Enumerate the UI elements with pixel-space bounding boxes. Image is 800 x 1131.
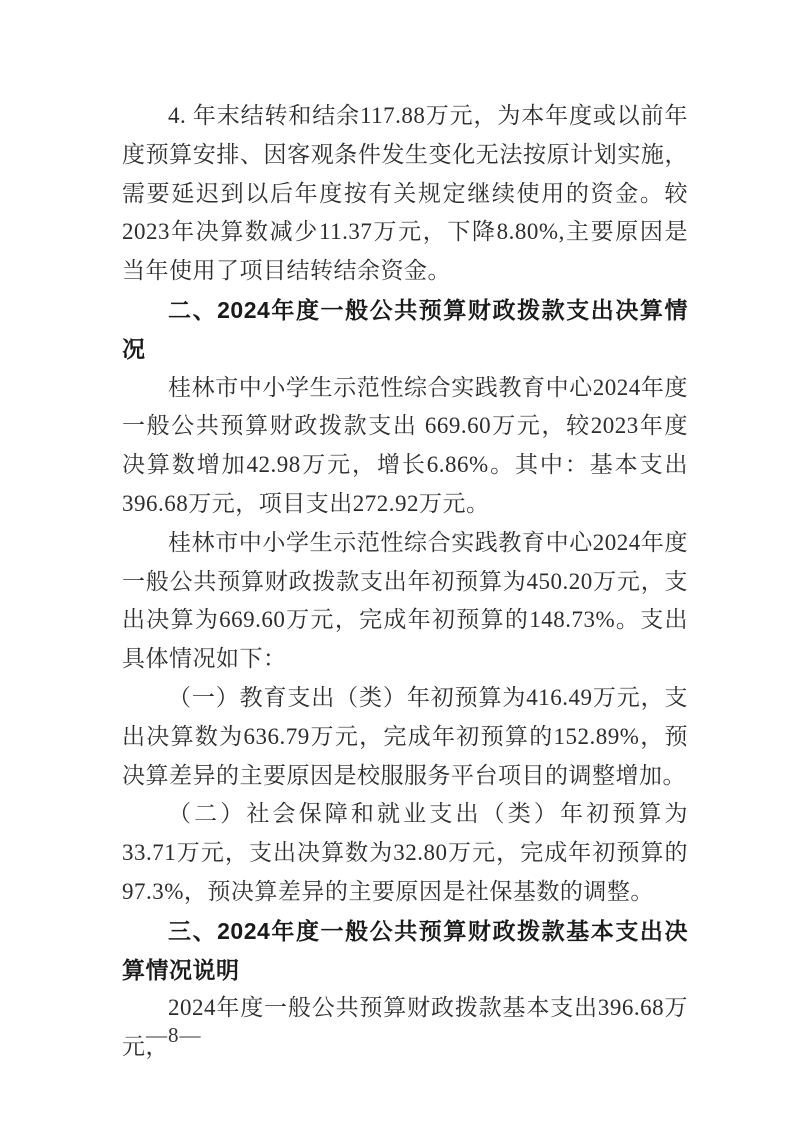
paragraph-basic-expenditure-intro: 2024年度一般公共预算财政拨款基本支出396.68万元， — [122, 989, 688, 1067]
document-page: 4. 年末结转和结余117.88万元，为本年度或以前年度预算安排、因客观条件发生… — [0, 0, 800, 1131]
section-heading-basic-expenditure: 三、2024年度一般公共预算财政拨款基本支出决算情况说明 — [122, 912, 688, 990]
paragraph-social-security-expenditure: （二）社会保障和就业支出（类）年初预算为33.71万元，支出决算数为32.80万… — [122, 795, 688, 911]
section-heading-public-budget-expenditure: 二、2024年度一般公共预算财政拨款支出决算情况 — [122, 291, 688, 369]
paragraph-expenditure-overview: 桂林市中小学生示范性综合实践教育中心2024年度一般公共预算财政拨款支出 669… — [122, 369, 688, 524]
page-number: —8— — [146, 1022, 202, 1048]
paragraph-education-expenditure: （一）教育支出（类）年初预算为416.49万元，支出决算数为636.79万元，完… — [122, 679, 688, 795]
paragraph-budget-vs-final-accounts: 桂林市中小学生示范性综合实践教育中心2024年度一般公共预算财政拨款支出年初预算… — [122, 524, 688, 679]
paragraph-year-end-carryover: 4. 年末结转和结余117.88万元，为本年度或以前年度预算安排、因客观条件发生… — [122, 97, 688, 291]
document-body: 4. 年末结转和结余117.88万元，为本年度或以前年度预算安排、因客观条件发生… — [122, 97, 688, 1067]
